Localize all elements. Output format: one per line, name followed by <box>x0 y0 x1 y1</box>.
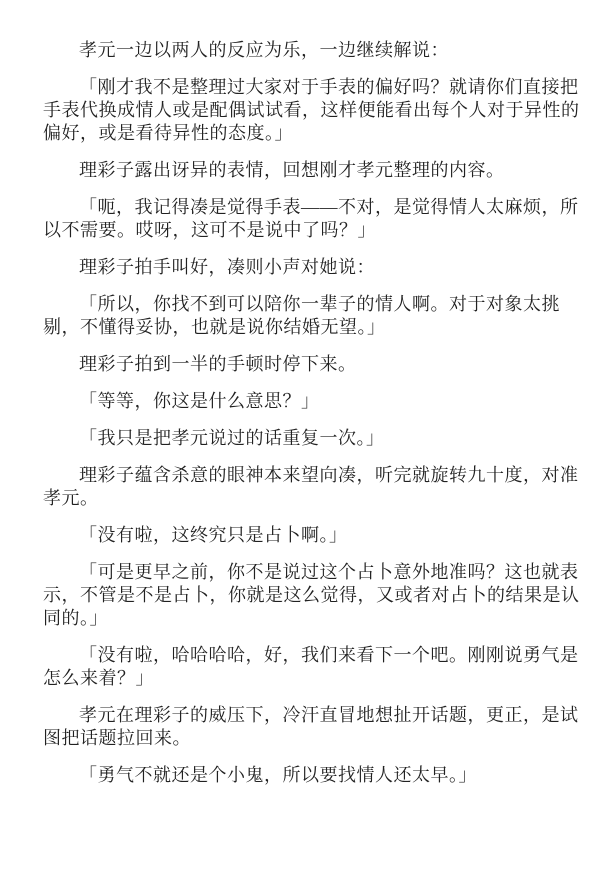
paragraph: 理彩子拍手叫好，凑则小声对她说： <box>43 256 587 279</box>
paragraph: 「刚才我不是整理过大家对于手表的偏好吗？就请你们直接把手表代换成情人或是配偶试试… <box>43 76 587 145</box>
paragraph: 理彩子拍到一半的手顿时停下来。 <box>43 353 587 376</box>
paragraph: 理彩子露出讶异的表情，回想刚才孝元整理的内容。 <box>43 159 587 182</box>
paragraph: 孝元在理彩子的威压下，冷汗直冒地想扯开话题，更正，是试图把话题拉回来。 <box>43 704 587 750</box>
paragraph: 孝元一边以两人的反应为乐，一边继续解说： <box>43 39 587 62</box>
page-body: 孝元一边以两人的反应为乐，一边继续解说： 「刚才我不是整理过大家对于手表的偏好吗… <box>43 39 587 787</box>
document-page: 孝元一边以两人的反应为乐，一边继续解说： 「刚才我不是整理过大家对于手表的偏好吗… <box>0 0 613 869</box>
paragraph: 「等等，你这是什么意思？」 <box>43 390 587 413</box>
paragraph: 理彩子蕴含杀意的眼神本来望向凑，听完就旋转九十度，对准孝元。 <box>43 464 587 510</box>
paragraph: 「没有啦，这终究只是占卜啊。」 <box>43 524 587 547</box>
paragraph: 「所以，你找不到可以陪你一辈子的情人啊。对于对象太挑剔，不懂得妥协，也就是说你结… <box>43 293 587 339</box>
paragraph: 「可是更早之前，你不是说过这个占卜意外地准吗？这也就表示，不管是不是占卜，你就是… <box>43 561 587 630</box>
paragraph: 「没有啦，哈哈哈哈，好，我们来看下一个吧。刚刚说勇气是怎么来着？」 <box>43 644 587 690</box>
paragraph: 「我只是把孝元说过的话重复一次。」 <box>43 427 587 450</box>
paragraph: 「勇气不就还是个小鬼，所以要找情人还太早。」 <box>43 764 587 787</box>
paragraph: 「呃，我记得凑是觉得手表——不对，是觉得情人太麻烦，所以不需要。哎呀，这可不是说… <box>43 196 587 242</box>
